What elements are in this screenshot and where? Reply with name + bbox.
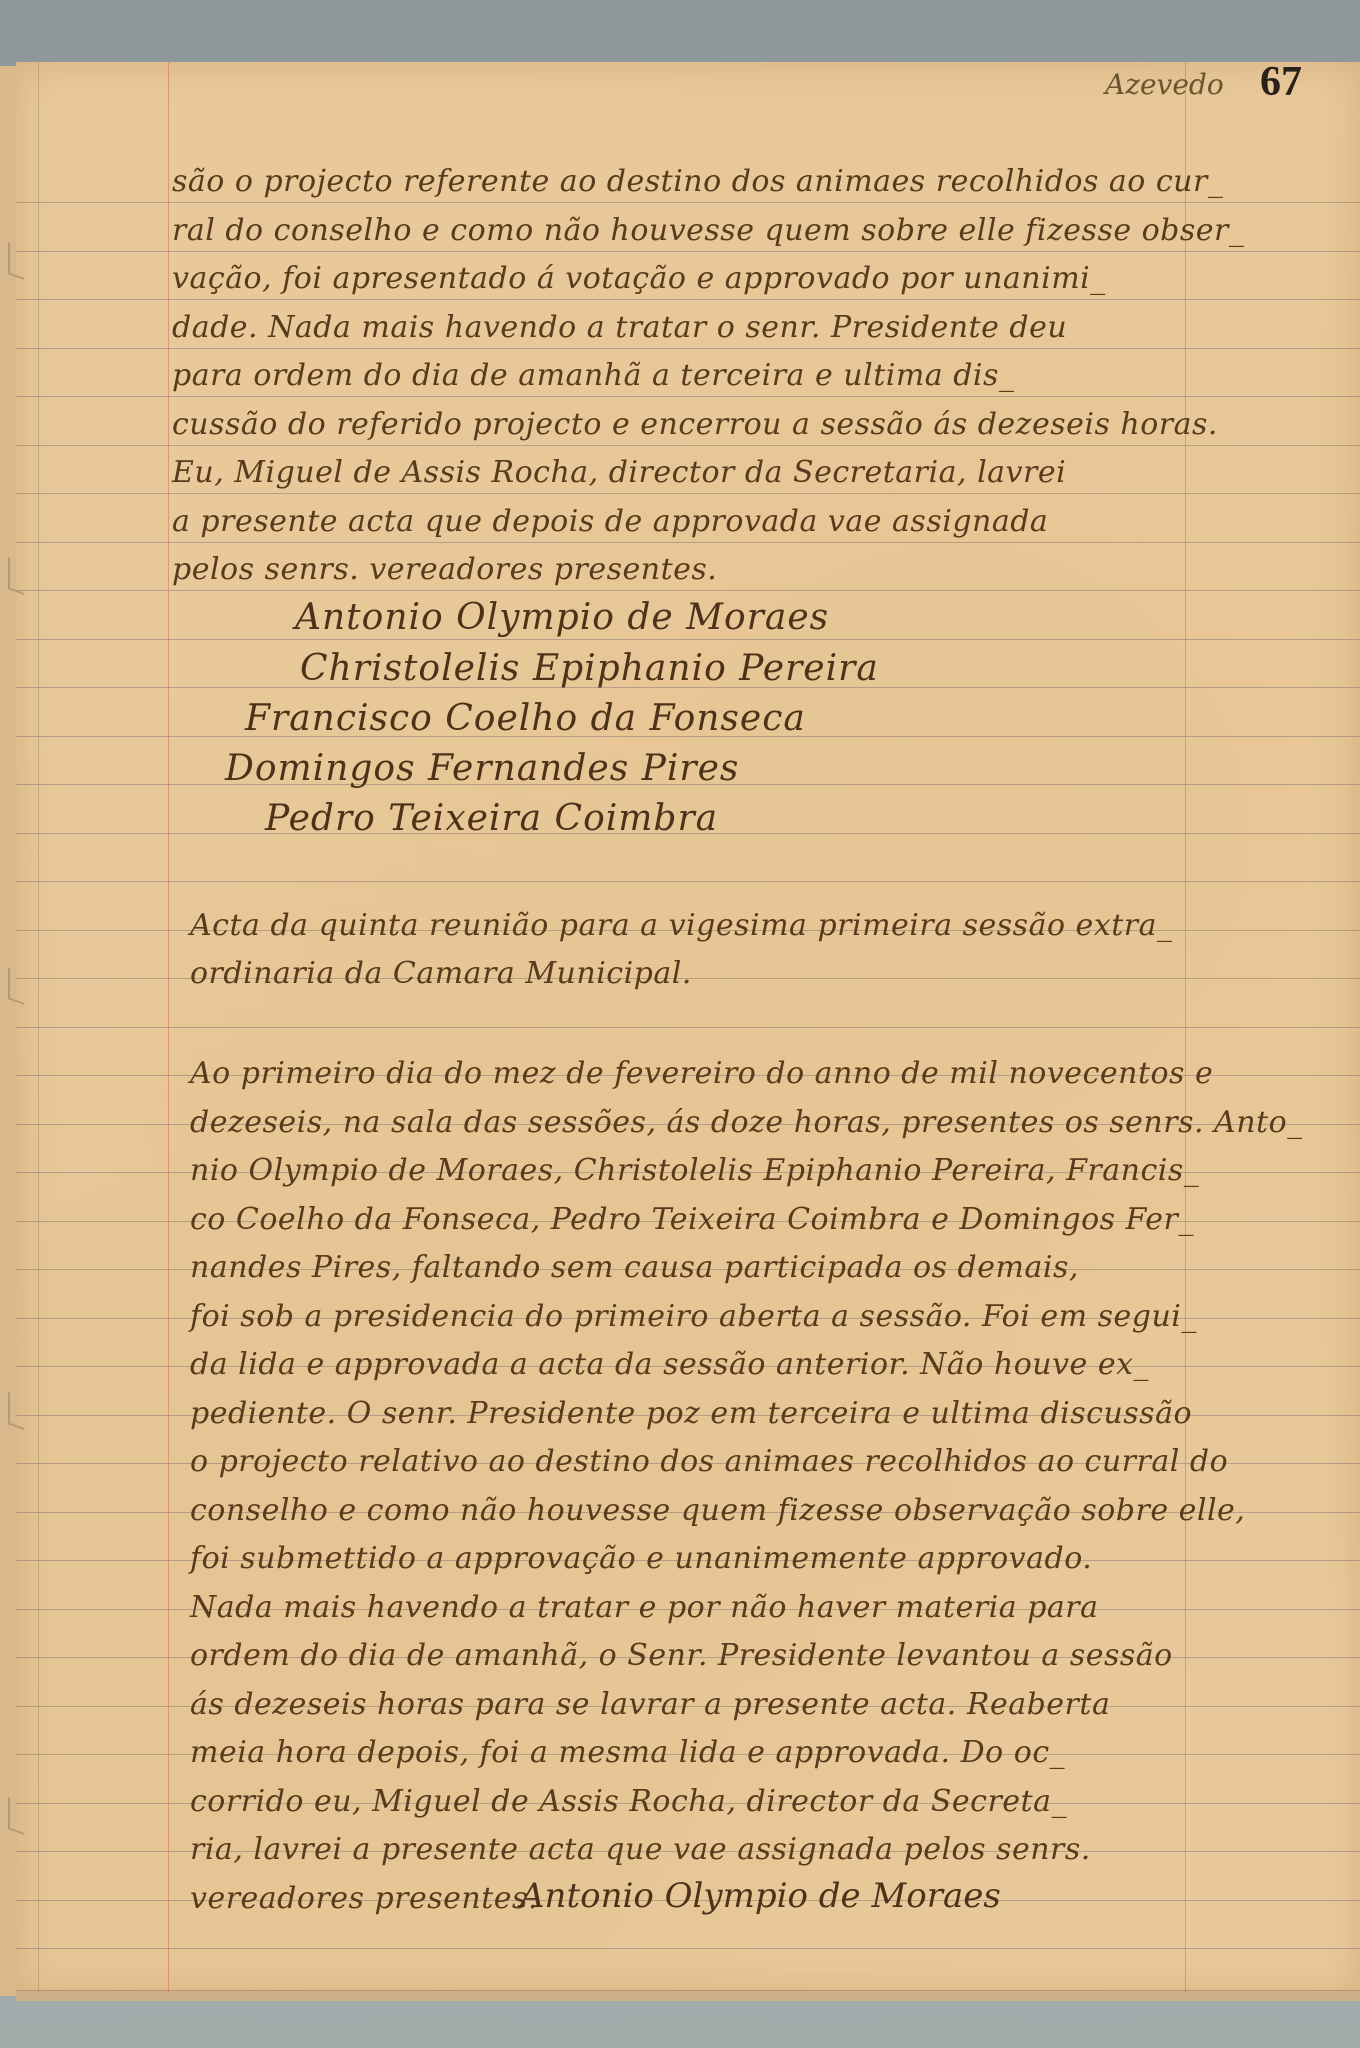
ruled-line xyxy=(16,251,1360,252)
ruled-line xyxy=(16,445,1360,446)
closing-signature: Antonio Olympio de Moraes xyxy=(520,1876,1001,1916)
binding-margin-line xyxy=(38,62,39,1992)
binding-thread xyxy=(8,242,24,280)
left-margin-line xyxy=(168,62,169,1992)
ruled-line xyxy=(16,542,1360,543)
text-line: Nada mais havendo a tratar e por não hav… xyxy=(190,1590,1099,1625)
ruled-line xyxy=(16,396,1360,397)
text-line: para ordem do dia de amanhã a terceira e… xyxy=(172,358,1014,393)
ruled-line xyxy=(16,493,1360,494)
text-line: dade. Nada mais havendo a tratar o senr.… xyxy=(172,310,1067,345)
text-line: vereadores presentes. xyxy=(190,1881,538,1916)
text-line: pelos senrs. vereadores presentes. xyxy=(172,552,717,587)
binding-thread xyxy=(8,557,24,595)
signature: Domingos Fernandes Pires xyxy=(225,748,739,789)
ruled-line xyxy=(16,1027,1360,1028)
text-line: pediente. O senr. Presidente poz em terc… xyxy=(190,1396,1192,1431)
text-line: nio Olympio de Moraes, Christolelis Epip… xyxy=(190,1153,1199,1188)
page-header-name: Azevedo xyxy=(1105,68,1224,101)
text-line: são o projecto referente ao destino dos … xyxy=(172,164,1223,199)
ruled-line xyxy=(16,348,1360,349)
text-line: conselho e como não houvesse quem fizess… xyxy=(190,1493,1245,1528)
minutes-title-line: ordinaria da Camara Municipal. xyxy=(190,956,692,991)
signature: Francisco Coelho da Fonseca xyxy=(245,698,806,739)
ruled-line xyxy=(16,299,1360,300)
ruled-line xyxy=(16,202,1360,203)
signature: Antonio Olympio de Moraes xyxy=(295,597,829,638)
text-line: da lida e approvada a acta da sessão ant… xyxy=(190,1347,1149,1382)
binding-thread xyxy=(8,1797,24,1835)
ruled-line xyxy=(16,881,1360,882)
text-line: vação, foi apresentado á votação e appro… xyxy=(172,261,1106,296)
text-line: corrido eu, Miguel de Assis Rocha, direc… xyxy=(190,1784,1067,1819)
text-line: dezeseis, na sala das sessões, ás doze h… xyxy=(190,1105,1303,1140)
text-line: ás dezeseis horas para se lavrar a prese… xyxy=(190,1687,1110,1722)
ruled-line xyxy=(16,639,1360,640)
text-line: foi sob a presidencia do primeiro aberta… xyxy=(190,1299,1197,1334)
text-line: Eu, Miguel de Assis Rocha, director da S… xyxy=(172,455,1066,490)
binding-thread xyxy=(8,1392,24,1430)
text-line: Ao primeiro dia do mez de fevereiro do a… xyxy=(190,1056,1213,1091)
text-line: co Coelho da Fonseca, Pedro Teixeira Coi… xyxy=(190,1202,1194,1237)
text-line: a presente acta que depois de approvada … xyxy=(172,504,1048,539)
signature: Pedro Teixeira Coimbra xyxy=(265,798,718,839)
ruled-line xyxy=(16,1948,1360,1949)
text-line: ordem do dia de amanhã, o Senr. Presiden… xyxy=(190,1638,1173,1673)
text-line: foi submettido a approvação e unanimemen… xyxy=(190,1541,1092,1576)
text-line: cussão do referido projecto e encerrou a… xyxy=(172,407,1218,442)
page-number: 67 xyxy=(1260,58,1302,106)
text-line: ria, lavrei a presente acta que vae assi… xyxy=(190,1832,1091,1867)
binding-thread xyxy=(8,967,24,1005)
right-margin-line xyxy=(1185,62,1186,1992)
signature: Christolelis Epiphanio Pereira xyxy=(300,648,879,689)
text-line: ral do conselho e como não houvesse quem… xyxy=(172,213,1244,248)
text-line: nandes Pires, faltando sem causa partici… xyxy=(190,1250,1079,1285)
minutes-title-line: Acta da quinta reunião para a vigesima p… xyxy=(190,908,1173,943)
ruled-line xyxy=(16,590,1360,591)
page-bottom-edge xyxy=(16,1990,1360,2001)
text-line: meia hora depois, foi a mesma lida e app… xyxy=(190,1735,1065,1770)
text-line: o projecto relativo ao destino dos anima… xyxy=(190,1444,1228,1479)
